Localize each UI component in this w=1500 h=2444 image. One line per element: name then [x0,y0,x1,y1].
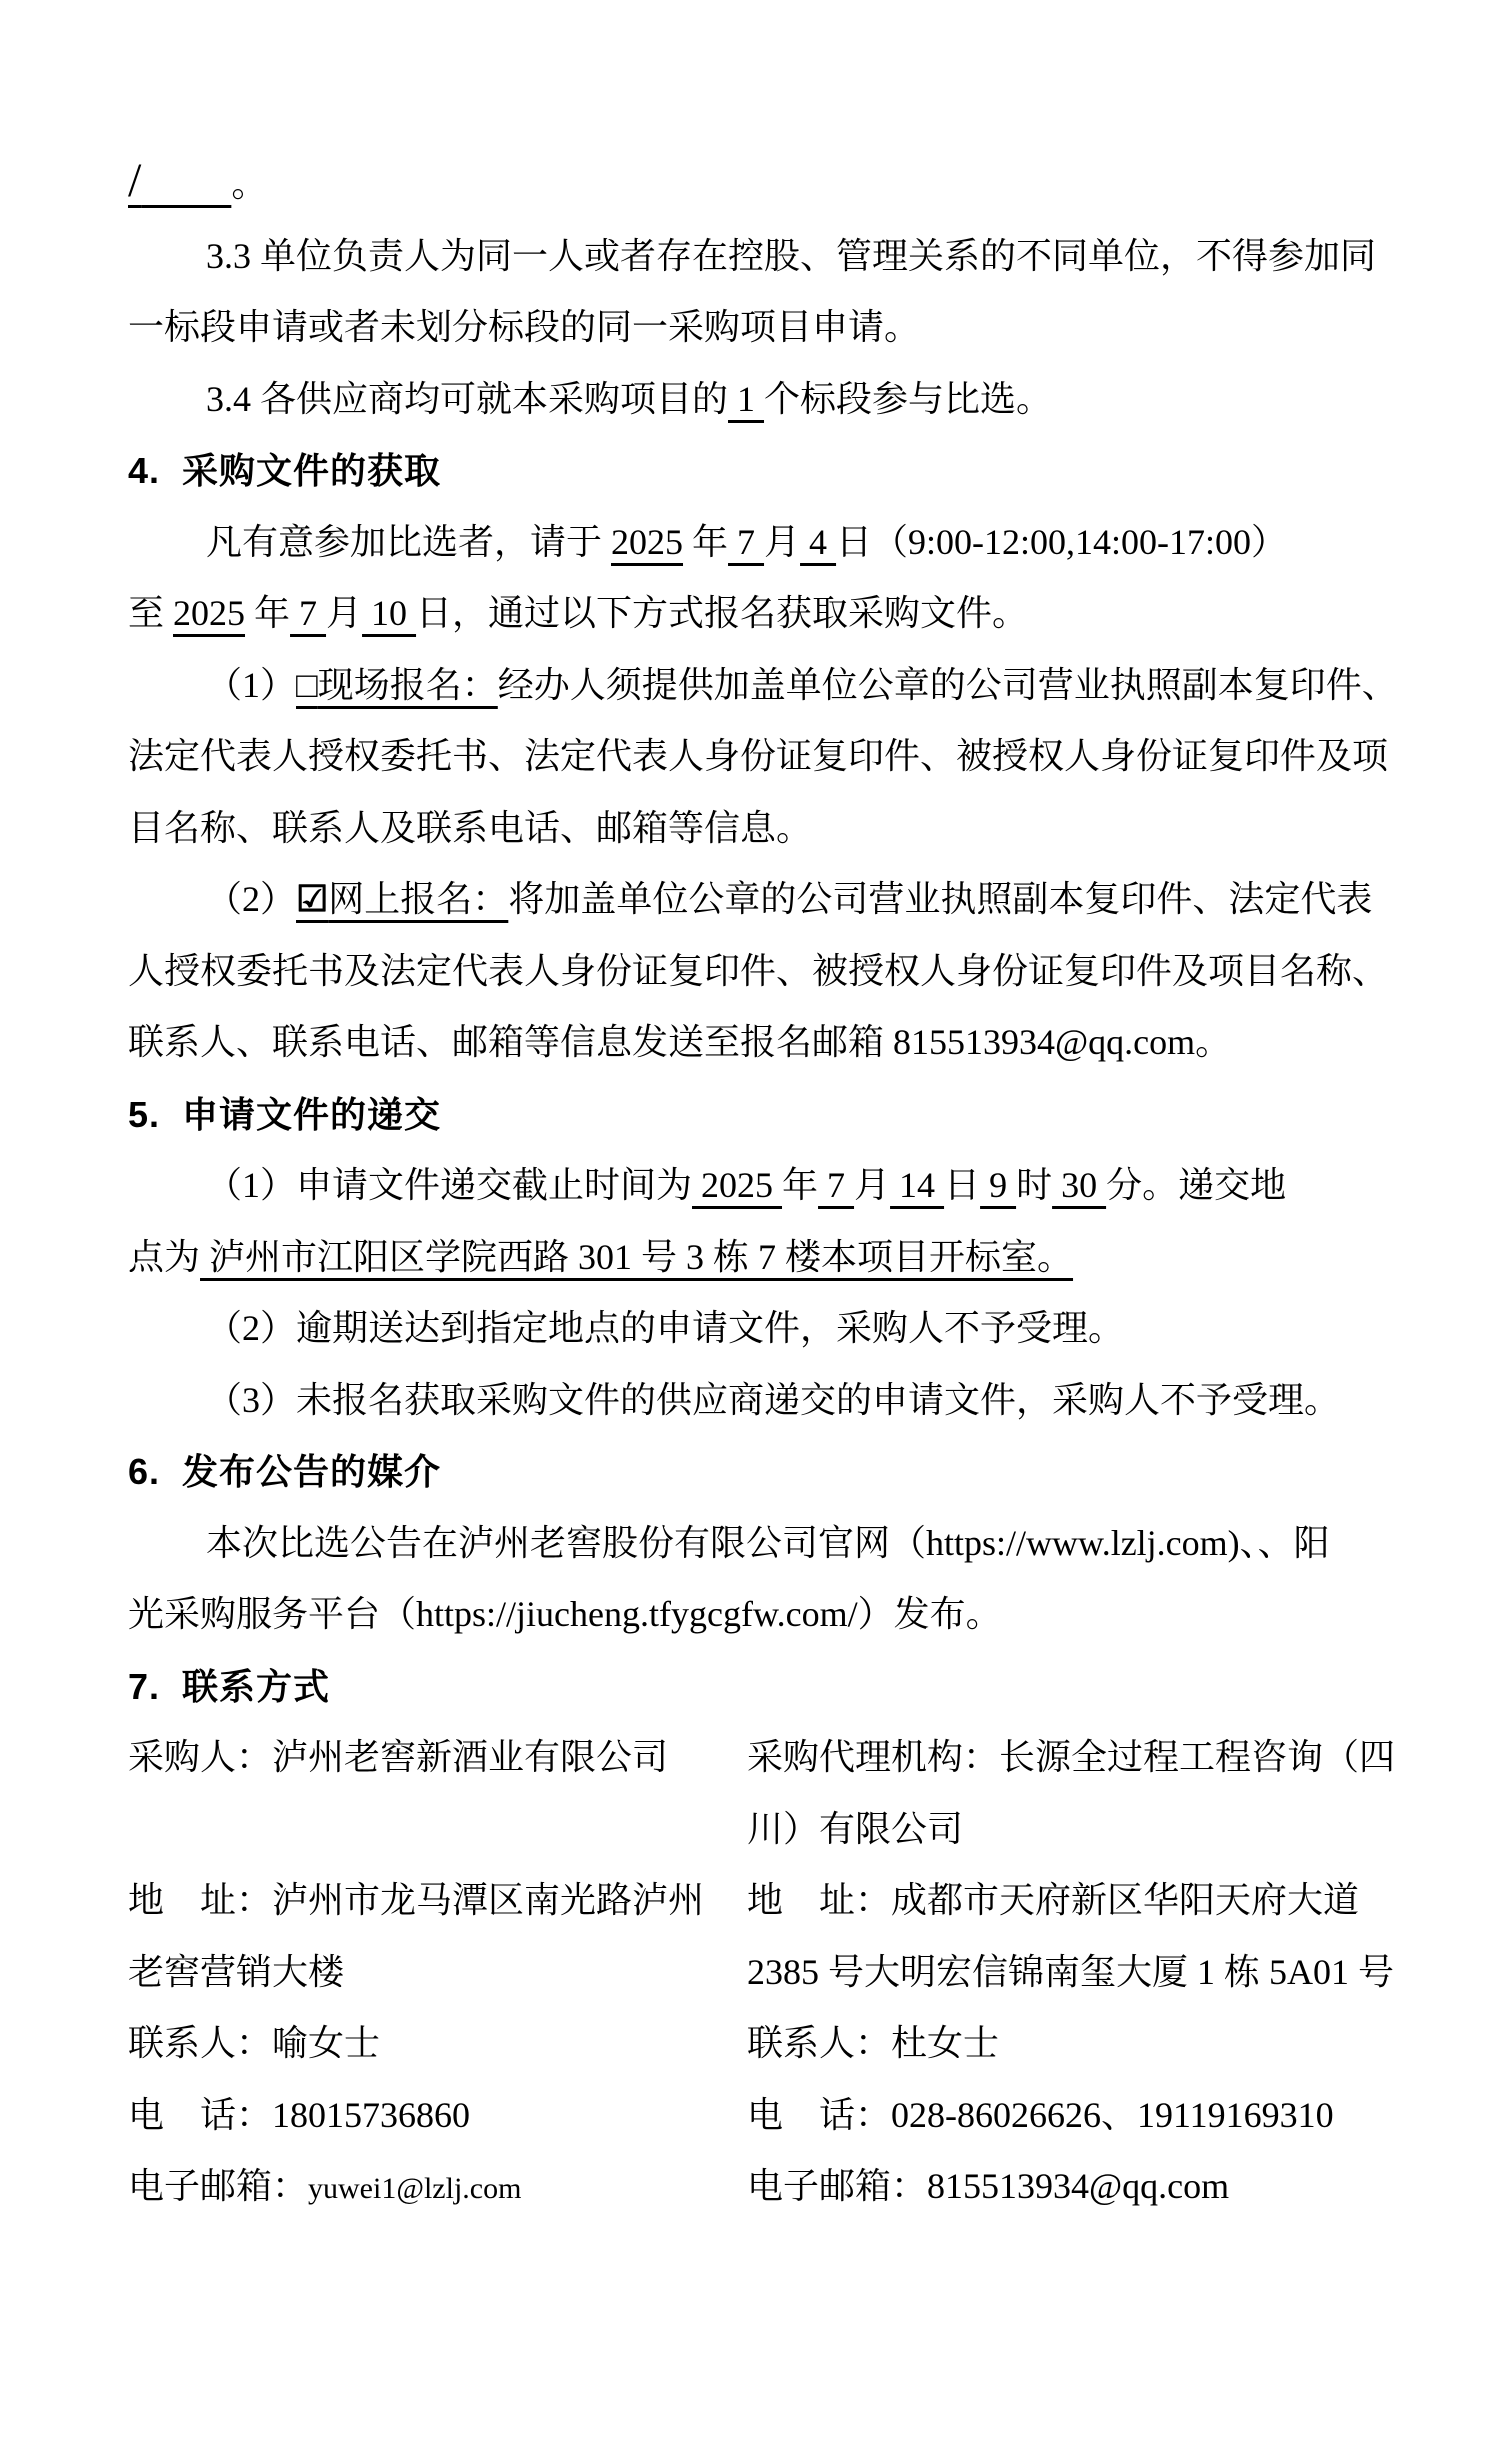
agency-name-cell: 采购代理机构：长源全过程工程咨询（四 川）有限公司 [747,1722,1445,1865]
agency-email: 815513934@qq.com [927,2166,1229,2206]
online-signup-line-3: 联系人、联系电话、邮箱等信息发送至报名邮箱 815513934@qq.com。 [128,1007,1445,1079]
agency-address-line-2: 2385 号大明宏信锦南玺大厦 1 栋 5A01 号 [747,1937,1445,2009]
onsite-signup-label: 现场报名： [318,665,498,705]
agency-phone-cell: 电 话：028-86026626、19119169310 [747,2080,1445,2152]
period: 。 [231,164,267,204]
signup-email: 815513934@qq.com [893,1022,1195,1062]
onsite-signup-line-1: （1）□现场报名：经办人须提供加盖单位公章的公司营业执照副本复印件、 [128,650,1445,722]
onsite-signup-line-2: 法定代表人授权委托书、法定代表人身份证复印件、被授权人身份证复印件及项 [128,721,1445,793]
slash-mark: / [128,154,141,207]
obtain-start-day: 4 [800,522,836,562]
platform-name: 光采购服务平台（ [128,1594,416,1634]
agency-name-line-2: 川）有限公司 [747,1794,1445,1866]
clause-3-4: 3.4 各供应商均可就本采购项目的 1 个标段参与比选。 [128,364,1445,436]
contact-section: 采购人：泸州老窖新酒业有限公司 采购代理机构：长源全过程工程咨询（四 川）有限公… [128,1722,1445,2225]
month-label: 月 [764,522,800,562]
media-lead: 本次比选公告在泸州老窖股份有限公司官网（ [206,1523,926,1563]
late-submission-clause: （2）逾期送达到指定地点的申请文件，采购人不予受理。 [128,1293,1445,1365]
checkbox-unchecked-icon: □ [296,665,318,705]
agency-name-line-1: 采购代理机构：长源全过程工程咨询（四 [747,1722,1445,1794]
buyer-address-cell: 地 址：泸州市龙马潭区南光路泸州 老窖营销大楼 [128,1865,713,2008]
clause-3-3-line-1: 3.3 单位负责人为同一人或者存在控股、管理关系的不同单位，不得参加同 [128,221,1445,293]
media-line-1: 本次比选公告在泸州老窖股份有限公司官网（https://www.lzlj.com… [128,1508,1445,1580]
obtain-start-month: 7 [728,522,764,562]
buyer-address-label: 地 址： [128,1880,272,1920]
online-signup-option: ☑网上报名： [296,879,508,919]
buyer-phone-cell: 电 话：18015736860 [128,2080,713,2152]
buyer-name-cell: 采购人：泸州老窖新酒业有限公司 [128,1722,713,1865]
online-signup-label: 网上报名： [328,879,508,919]
obtain-lead: 凡有意参加比选者，请于 [206,522,611,562]
day-label: 日 [944,1165,980,1205]
agency-email-cell: 电子邮箱：815513934@qq.com [747,2151,1445,2225]
platform-url: https://jiucheng.tfygcgfw.com/ [416,1594,858,1634]
unregistered-clause: （3）未报名获取采购文件的供应商递交的申请文件，采购人不予受理。 [128,1365,1445,1437]
blank-underline: / [128,164,231,204]
checkbox-checked-icon: ☑ [296,879,328,919]
obtain-tail: 日，通过以下方式报名获取采购文件。 [416,593,1028,633]
media-line-2: 光采购服务平台（https://jiucheng.tfygcgfw.com/）发… [128,1579,1445,1651]
section-heading-4: 4. 采购文件的获取 [128,435,1445,507]
agency-role-label: 采购代理机构： [747,1737,999,1777]
agency-person-line: 联系人：杜女士 [747,2008,1445,2080]
onsite-signup-option: □现场报名： [296,665,498,705]
agency-person-cell: 联系人：杜女士 [747,2008,1445,2080]
section-heading-5: 5. 申请文件的递交 [128,1079,1445,1151]
agency-address-line-1: 地 址：成都市天府新区华阳天府大道 [747,1865,1445,1937]
buyer-email-label: 电子邮箱： [128,2166,308,2206]
agency-person: 杜女士 [891,2023,999,2063]
submission-address: 泸州市江阳区学院西路 301 号 3 栋 7 楼本项目开标室。 [200,1237,1073,1277]
deadline-line-1: （1）申请文件递交截止时间为 2025 年 7 月 14 日 9 时 30 分。… [128,1150,1445,1222]
buyer-address-part-1: 泸州市龙马潭区南光路泸州 [272,1880,704,1920]
buyer-name: 泸州老窖新酒业有限公司 [272,1737,668,1777]
clause-3-3-line-2: 一标段申请或者未划分标段的同一采购项目申请。 [128,292,1445,364]
month-label: 月 [854,1165,890,1205]
obtain-period-line-2: 至 2025 年 7 月 10 日，通过以下方式报名获取采购文件。 [128,578,1445,650]
buyer-person-cell: 联系人：喻女士 [128,2008,713,2080]
agency-email-line: 电子邮箱：815513934@qq.com [747,2151,1445,2223]
buyer-phone-line: 电 话：18015736860 [128,2080,713,2152]
buyer-address-line-2: 老窖营销大楼 [128,1937,713,2009]
online-signup-line-2: 人授权委托书及法定代表人身份证复印件、被授权人身份证复印件及项目名称、 [128,936,1445,1008]
agency-phone-label: 电 话： [747,2095,891,2135]
deadline-day: 14 [890,1165,944,1205]
deadline-tail: 分。递交地 [1106,1165,1286,1205]
buyer-email: yuwei1@lzlj.com [308,2172,521,2205]
document-page: / 。 3.3 单位负责人为同一人或者存在控股、管理关系的不同单位，不得参加同 … [0,0,1500,2444]
agency-name-part-1: 长源全过程工程咨询（四 [999,1737,1395,1777]
buyer-person-line: 联系人：喻女士 [128,2008,713,2080]
deadline-month: 7 [818,1165,854,1205]
year-label: 年 [683,522,728,562]
online-signup-text: 将加盖单位公章的公司营业执照副本复印件、法定代表 [508,879,1372,919]
blank-gap [141,164,231,204]
agency-phone-line: 电 话：028-86026626、19119169310 [747,2080,1445,2152]
year-label: 年 [245,593,290,633]
blank-fill-line: / 。 [128,145,1445,221]
item-1-bullet: （1） [206,665,296,705]
obtain-end-month: 7 [290,593,326,633]
month-label: 月 [326,593,362,633]
clause-3-4-tail: 个标段参与比选。 [764,379,1052,419]
company-website-url: https://www.lzlj.com [926,1523,1228,1563]
obtain-start-year: 2025 [611,522,683,562]
agency-phone: 028-86026626、19119169310 [891,2095,1334,2135]
section-heading-7: 7. 联系方式 [128,1651,1445,1723]
buyer-email-cell: 电子邮箱：yuwei1@lzlj.com [128,2151,713,2225]
deadline-minute: 30 [1052,1165,1106,1205]
onsite-signup-line-3: 目名称、联系人及联系电话、邮箱等信息。 [128,793,1445,865]
agency-address-cell: 地 址：成都市天府新区华阳天府大道 2385 号大明宏信锦南玺大厦 1 栋 5A… [747,1865,1445,2008]
deadline-hour: 9 [980,1165,1016,1205]
buyer-person: 喻女士 [272,2023,380,2063]
deadline-line-2: 点为 泸州市江阳区学院西路 301 号 3 栋 7 楼本项目开标室。 [128,1222,1445,1294]
agency-address-label: 地 址： [747,1880,891,1920]
onsite-signup-text: 经办人须提供加盖单位公章的公司营业执照副本复印件、 [498,665,1398,705]
deadline-lead: （1）申请文件递交截止时间为 [206,1165,692,1205]
buyer-address-line-1: 地 址：泸州市龙马潭区南光路泸州 [128,1865,713,1937]
obtain-until-label: 至 [128,593,173,633]
buyer-phone-label: 电 话： [128,2095,272,2135]
hour-label: 时 [1016,1165,1052,1205]
media-line-2-tail: ）发布。 [858,1594,1002,1634]
buyer-phone: 18015736860 [272,2095,470,2135]
agency-person-label: 联系人： [747,2023,891,2063]
year-label: 年 [782,1165,818,1205]
buyer-person-label: 联系人： [128,2023,272,2063]
period: 。 [1195,1022,1231,1062]
clause-3-4-lead: 3.4 各供应商均可就本采购项目的 [206,379,728,419]
online-signup-line-1: （2）☑网上报名：将加盖单位公章的公司营业执照副本复印件、法定代表 [128,864,1445,936]
signup-email-lead: 联系人、联系电话、邮箱等信息发送至报名邮箱 [128,1022,893,1062]
lot-count-value: 1 [728,379,764,419]
submission-place-lead: 点为 [128,1237,200,1277]
buyer-role-label: 采购人： [128,1737,272,1777]
obtain-time-window: 日（9:00-12:00,14:00-17:00） [836,522,1287,562]
obtain-period-line-1: 凡有意参加比选者，请于 2025 年 7 月 4 日（9:00-12:00,14… [128,507,1445,579]
obtain-end-day: 10 [362,593,416,633]
section-heading-6: 6. 发布公告的媒介 [128,1436,1445,1508]
deadline-year: 2025 [692,1165,782,1205]
buyer-name-line: 采购人：泸州老窖新酒业有限公司 [128,1722,713,1794]
item-2-bullet: （2） [206,879,296,919]
obtain-end-year: 2025 [173,593,245,633]
buyer-email-line: 电子邮箱：yuwei1@lzlj.com [128,2151,713,2225]
agency-email-label: 电子邮箱： [747,2166,927,2206]
media-line-1-tail: )、、阳 [1228,1523,1330,1563]
agency-address-part-1: 成都市天府新区华阳天府大道 [891,1880,1359,1920]
